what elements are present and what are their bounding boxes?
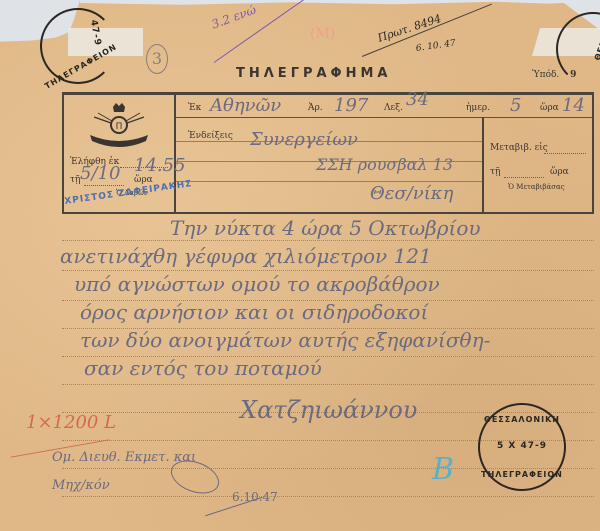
endeixeis-line-2: ΣΣΗ ρουσβαλ 13 bbox=[316, 155, 453, 174]
red-pencil-note: 1×1200 L bbox=[26, 412, 116, 433]
ora-label: ὥρα bbox=[540, 103, 559, 113]
transmit-hour-label: ὥρα bbox=[550, 167, 569, 177]
postmark-city: ΘΕΣΣΑΛΟΝΙΚΗ bbox=[480, 415, 564, 424]
imer-value: 5 bbox=[510, 95, 521, 116]
transmitter-label: Ὁ Μεταβιβάσας bbox=[508, 183, 565, 191]
endeixeis-line-1: Συνεργείων bbox=[250, 129, 358, 150]
pencil-date: 6.10.47 bbox=[232, 490, 278, 504]
lex-value: 34 bbox=[406, 89, 429, 110]
lex-label: Λεξ. bbox=[384, 103, 403, 113]
day-line bbox=[84, 185, 124, 186]
form-number: Ὑπόδ. 9 bbox=[532, 70, 576, 80]
hour-label: ὥρα bbox=[134, 175, 153, 185]
imer-label: ἡμερ. bbox=[466, 103, 490, 113]
day-label: τῇ bbox=[70, 175, 80, 185]
postmark-office: ΤΗΛΕΓΡΑΦΕΙΟΝ bbox=[480, 470, 564, 479]
crown-emblem-icon: Π bbox=[86, 103, 152, 147]
message-line-1: Την νύκτα 4 ώρα 5 Οκτωβρίου bbox=[170, 216, 481, 240]
message-line-2: ανετινάχθη γέφυρα χιλιόμετρον 121 bbox=[60, 244, 432, 268]
ek-value: Αθηνῶν bbox=[210, 95, 281, 116]
ruled-line bbox=[62, 496, 594, 497]
document-title: ΤΗΛΕΓΡΑΦΗΜΑ bbox=[236, 66, 392, 81]
ek-label: Ἐκ bbox=[188, 103, 201, 113]
message-line-4: όρος αρνήσιον και οι σιδηροδοκοί bbox=[80, 300, 428, 324]
pencil-circled-number: 3 bbox=[146, 44, 168, 74]
postmark-top-left: 47-9 ΤΗΛΕΓΡΑΦΕΙΟΝ bbox=[40, 8, 116, 84]
endeixeis-line-3: Θεσ/νίκη bbox=[370, 183, 453, 204]
received-hour-value: 14.55 bbox=[134, 155, 186, 176]
endeixeis-rule-3 bbox=[176, 181, 484, 182]
pencil-note-line-2: Μηχ/κόν bbox=[52, 478, 110, 493]
svg-text:Π: Π bbox=[116, 122, 123, 132]
transmitted-to-label: Μεταβιβ. εἰς bbox=[490, 143, 548, 153]
transmitted-to-line bbox=[544, 153, 586, 154]
ruled-line bbox=[62, 270, 594, 271]
message-line-6: σαν εντός του ποταμού bbox=[84, 356, 322, 380]
ar-value: 197 bbox=[334, 95, 368, 116]
right-panel: Μεταβιβ. εἰς τῇ ὥρα Ὁ Μεταβιβάσας bbox=[482, 117, 592, 212]
endeixeis-label: Ἐνδείξεις bbox=[188, 131, 233, 141]
ar-label: Ἀρ. bbox=[308, 103, 323, 113]
ruled-line bbox=[62, 384, 594, 385]
teal-initial: Β bbox=[432, 452, 454, 487]
message-line-3: υπό αγνώστων ομού το ακροβάθρον bbox=[74, 272, 440, 296]
signature: Χατζηιωάννου bbox=[240, 396, 417, 424]
transmit-day-line bbox=[504, 177, 544, 178]
received-day-value: 5/10 bbox=[80, 163, 120, 184]
message-line-5: των δύο ανοιγμάτων αυτής εξηφανίσθη- bbox=[80, 328, 490, 352]
red-faint-mark: (Μ) bbox=[310, 26, 335, 42]
postmark-thessaloniki: ΘΕΣΣΑΛΟΝΙΚΗ 5 X 47-9 ΤΗΛΕΓΡΑΦΕΙΟΝ bbox=[478, 403, 566, 491]
transmit-day-label: τῇ bbox=[490, 167, 500, 177]
postmark-date: 5 X 47-9 bbox=[480, 441, 564, 451]
ruled-line bbox=[62, 240, 594, 241]
ora-value: 14 bbox=[562, 95, 585, 116]
